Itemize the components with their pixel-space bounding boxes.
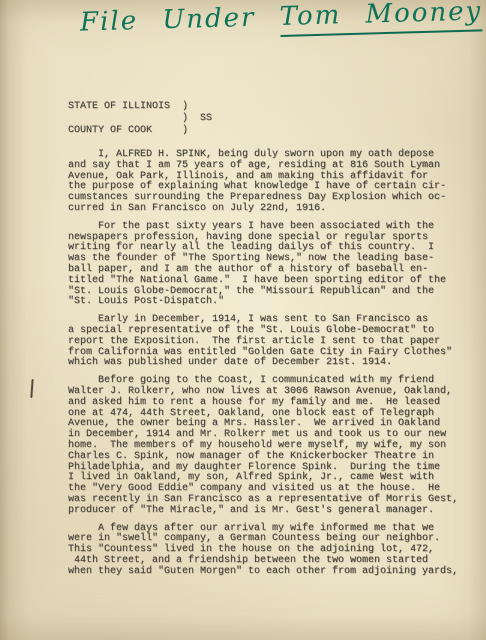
- affidavit-paragraph-4: Before going to the Coast, I communicate…: [68, 376, 472, 516]
- document-page: File Under Tom Mooney STATE OF ILLINOIS …: [0, 0, 486, 640]
- affidavit-paragraph-3: Early in December, 1914, I was sent to S…: [68, 315, 472, 369]
- affidavit-paragraph-1: I, ALFRED H. SPINK, being duly sworn upo…: [68, 150, 472, 215]
- handwritten-note-prefix: File Under: [80, 2, 280, 38]
- handwritten-note-underlined-name: Tom Mooney: [279, 0, 483, 37]
- affidavit-paragraph-2: For the past sixty years I have been ass…: [68, 222, 472, 308]
- affidavit-paragraph-5: A few days after our arrival my wife inf…: [68, 524, 472, 578]
- jurat-header: STATE OF ILLINOIS ) ) SS COUNTY OF COOK …: [68, 101, 212, 137]
- margin-pen-mark: [30, 379, 33, 398]
- handwritten-note: File Under Tom Mooney: [80, 0, 481, 38]
- affidavit-body: I, ALFRED H. SPINK, being duly sworn upo…: [68, 150, 472, 584]
